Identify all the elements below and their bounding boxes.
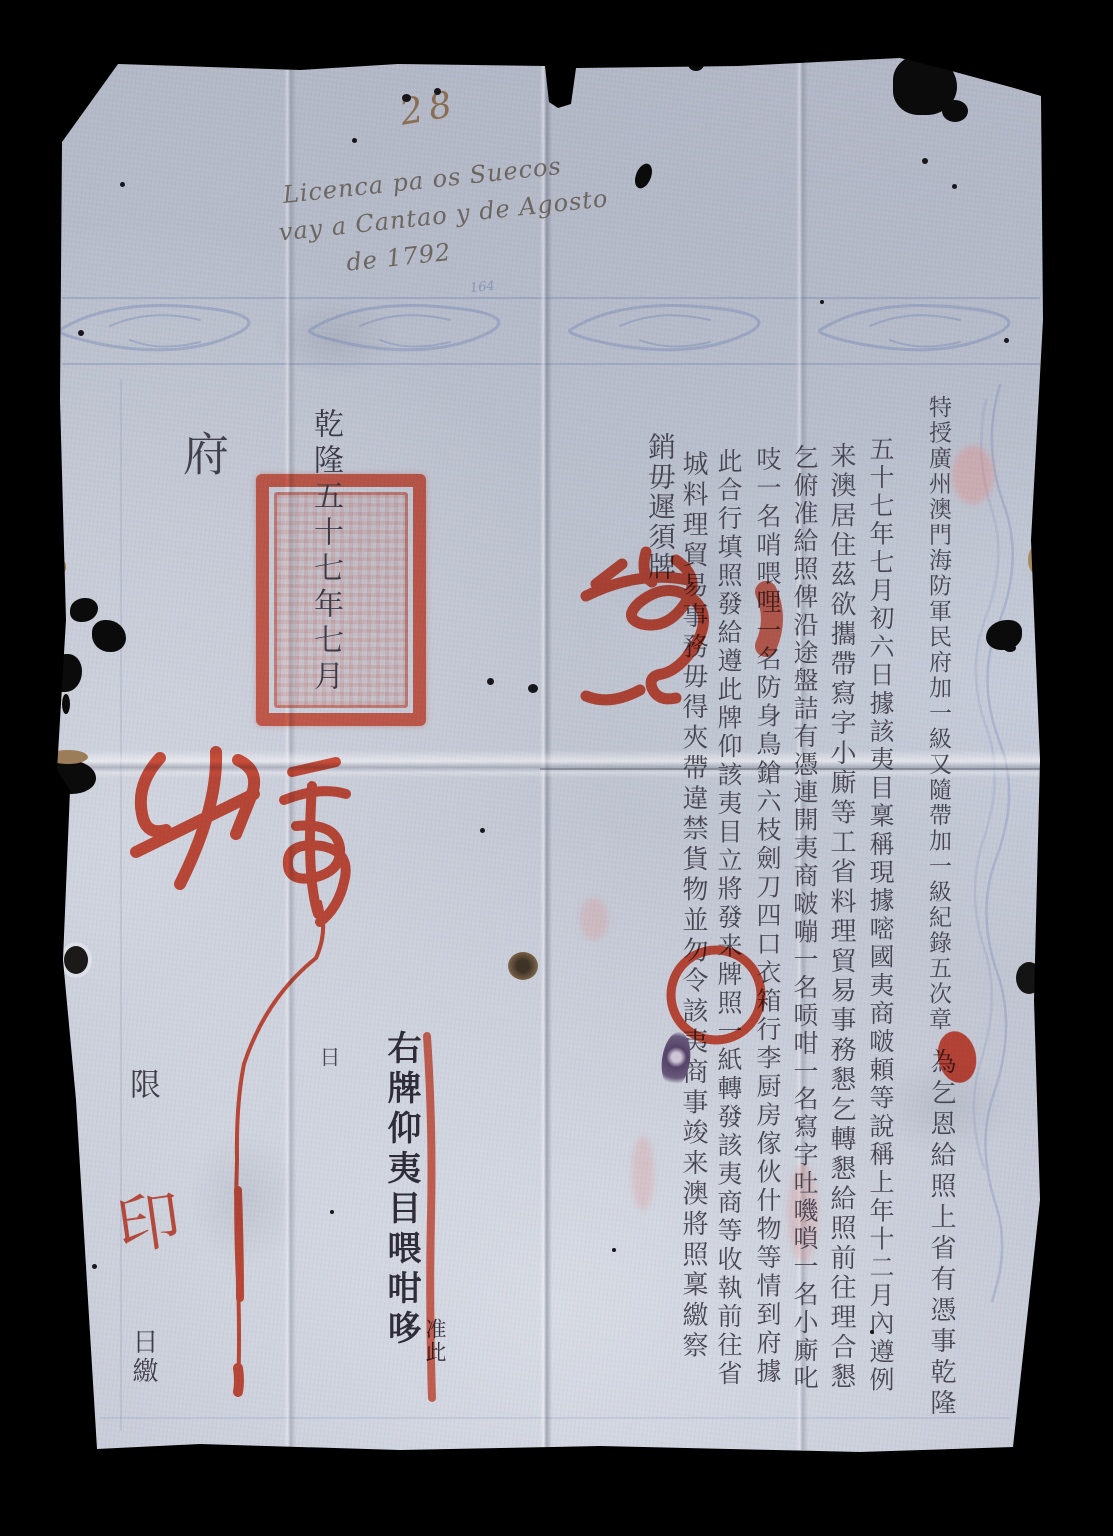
ink-blot xyxy=(52,654,82,692)
text-column: 乞俯准給照俾沿途盤詰有憑連開夷商啵嘣一名唝咁一名寫字吐嘰嗩一名小廝叱 xyxy=(792,444,817,1393)
edge-tear xyxy=(44,760,96,794)
worm-hole xyxy=(64,946,88,974)
ink-blot xyxy=(942,100,968,122)
text-column: 吱一名哨喂哩一名防身鳥鎗六枝劍刀四口衣箱行李厨房傢伙什物等情到府據 xyxy=(755,446,780,1387)
directive-suffix: 准此 xyxy=(424,1318,445,1364)
ink-blot xyxy=(632,161,656,191)
text-column: 五十七年七月初六日據該夷目稟稱現據嘧國夷商啵頼等說稱上年十二月內遵例 xyxy=(868,436,893,1395)
stain-spot xyxy=(44,556,66,578)
red-bleedthrough-smudge xyxy=(952,446,994,504)
text-column: 来澳居住茲欲攜帶寫字小廝等工省料理貿易事務懇乞轉懇給照前往理合懇 xyxy=(828,442,854,1392)
long-red-stroke xyxy=(236,902,323,1392)
worm-hole xyxy=(1016,962,1042,994)
ink-blot xyxy=(62,694,70,714)
prefecture-character: 府 xyxy=(180,430,226,476)
paper-tear-backing xyxy=(48,750,88,764)
text-column: 城料理貿易事務毋得夾帶違禁貨物並勿令該夷商事竣来澳將照稟繳察 xyxy=(680,450,706,1362)
document-paper: 28 164 Licenca pa os Suecos vay a Cantao… xyxy=(0,0,1113,1536)
deadline-character: 限 xyxy=(126,1068,157,1099)
directive-column: 右牌仰夷目喂咁哆 xyxy=(384,1030,418,1350)
date-day-char: 日 xyxy=(318,1046,339,1067)
red-bleedthrough-smudge xyxy=(632,1136,654,1210)
ink-blot xyxy=(92,620,126,652)
ink-blot xyxy=(688,57,704,71)
date-column: 乾隆五十七年七月 xyxy=(310,408,340,696)
worm-hole xyxy=(508,952,538,980)
stain-spot xyxy=(1028,546,1044,574)
photo-backdrop: 28 164 Licenca pa os Suecos vay a Cantao… xyxy=(0,0,1113,1536)
ink-blot xyxy=(1004,644,1016,652)
return-day-label: 日繳 xyxy=(130,1328,156,1386)
faint-blue-numeral: 164 xyxy=(469,279,495,297)
text-column-closing: 銷毋遲須牌 xyxy=(646,432,674,582)
text-column-title: 特授廣州澳門海防軍民府加一級又隨帶加一級紀錄五次章 xyxy=(926,395,949,1033)
text-column-title-cont: 為乞恩給照上省有憑事乾隆 xyxy=(928,1048,954,1420)
red-bleedthrough-smudge xyxy=(580,898,608,940)
folio-number: 28 xyxy=(397,83,461,133)
cover-note: Licenca pa os Suecos vay a Cantao y de A… xyxy=(281,143,614,287)
ink-blot xyxy=(70,598,98,622)
horizontal-fold-crease xyxy=(55,750,1045,778)
text-column: 此合行填照發給遵此牌仰該夷目立將發来牌照一紙轉發該夷商等收執前往省 xyxy=(716,448,741,1389)
red-seal-character: 印 xyxy=(110,1168,186,1268)
